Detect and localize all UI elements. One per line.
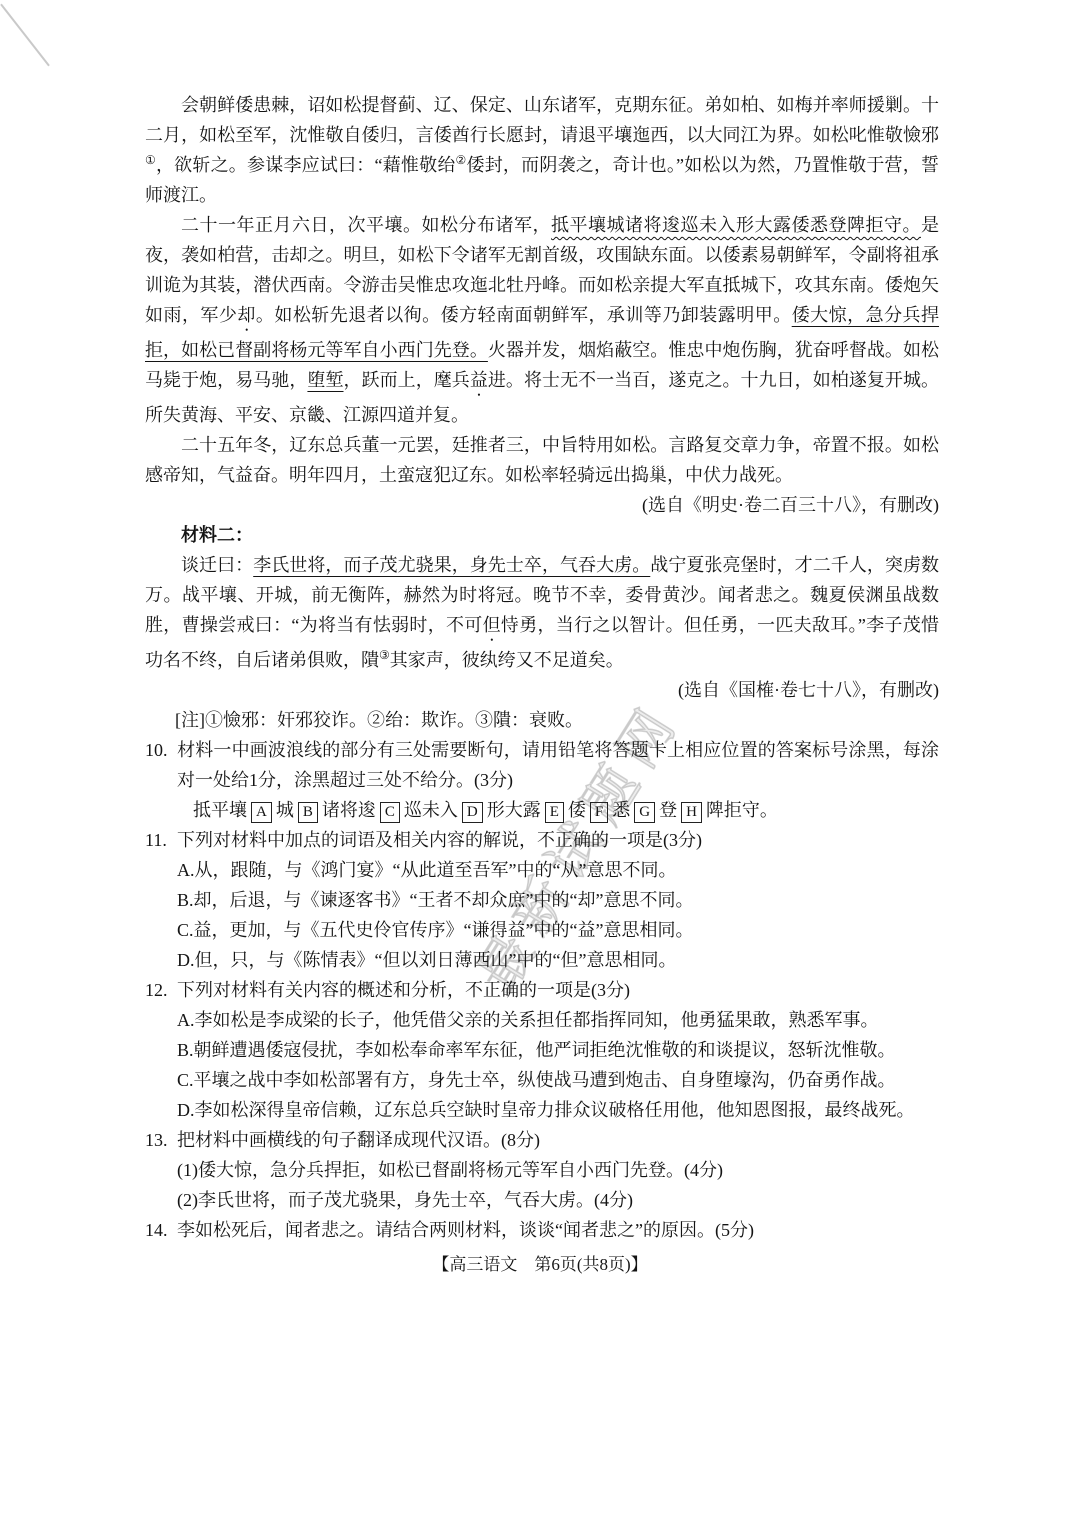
text-run: 谈迁曰： bbox=[181, 555, 253, 575]
answer-box-a: A bbox=[251, 802, 272, 823]
footnote-marker-1: ① bbox=[145, 153, 156, 167]
material2-source: (选自《国榷·卷七十八》，有删改) bbox=[145, 675, 939, 705]
text-run: 会朝鲜倭患棘，诏如松提督蓟、辽、保定、山东诸军，克期东征。弟如柏、如梅并率师援剿… bbox=[145, 95, 939, 145]
text-run: 倭 bbox=[568, 800, 586, 820]
question-12-option-a: A.李如松是李成梁的长子，他凭借父亲的关系担任都指挥同知，他勇猛果敢，熟悉军事。 bbox=[145, 1005, 939, 1035]
text-run: 其家声，彼纨绔又不足道矣。 bbox=[390, 650, 624, 670]
text-run: 二十一年正月六日，次平壤。如松分布诸军， bbox=[181, 215, 551, 235]
answer-box-d: D bbox=[462, 802, 483, 823]
material2-paragraph-1: 谈迁曰：李氏世将，而子茂尤骁果，身先士卒，气吞大虏。战宁夏张亮堡时，才二千人，突… bbox=[145, 550, 939, 675]
scan-edge-artifact bbox=[0, 4, 50, 67]
footnotes-line: [注]①憸邪：奸邪狡诈。②绐：欺诈。③隤：衰败。 bbox=[145, 705, 939, 735]
q10-segmentation-line: 抵平壤A城B诸将逡C巡未入D形大露E倭F悉G登H陴拒守。 bbox=[145, 795, 939, 825]
material1-source: (选自《明史·卷二百三十八》，有删改) bbox=[145, 490, 939, 520]
question-13-part-2: (2)李氏世将，而子茂尤骁果，身先士卒，气吞大虏。(4分) bbox=[145, 1185, 939, 1215]
question-12-option-b: B.朝鲜遭遇倭寇侵扰，李如松奉命率军东征，他严词拒绝沈惟敬的和谈提议，怒斩沈惟敬… bbox=[145, 1035, 939, 1065]
question-12-number: 12. bbox=[145, 975, 177, 1005]
underlined-sentence-2: 李氏世将，而子茂尤骁果，身先士卒，气吞大虏。 bbox=[253, 555, 650, 575]
question-14: 14.李如松死后，闻者悲之。请结合两则材料，谈谈“闻者悲之”的原因。(5分) bbox=[145, 1215, 939, 1245]
text-run: 形大露 bbox=[487, 800, 541, 820]
answer-box-c: C bbox=[380, 802, 400, 823]
question-13: 13.把材料中画横线的句子翻译成现代汉语。(8分) bbox=[145, 1125, 939, 1155]
question-12: 12.下列对材料有关内容的概述和分析，不正确的一项是(3分) bbox=[145, 975, 939, 1005]
text-run: 抵平壤 bbox=[193, 800, 247, 820]
question-11-option-b: B.却，后退，与《谏逐客书》“王者不却众庶”中的“却”意思不同。 bbox=[145, 885, 939, 915]
footnote-marker-3: ③ bbox=[379, 648, 390, 662]
page-content: 会朝鲜倭患棘，诏如松提督蓟、辽、保定、山东诸军，克期东征。弟如柏、如梅并率师援剿… bbox=[145, 90, 939, 1245]
question-14-number: 14. bbox=[145, 1215, 177, 1245]
question-14-stem: 李如松死后，闻者悲之。请结合两则材料，谈谈“闻者悲之”的原因。(5分) bbox=[177, 1220, 754, 1240]
emphasis-dot-que: 却 bbox=[237, 305, 255, 325]
question-13-stem: 把材料中画横线的句子翻译成现代汉语。(8分) bbox=[177, 1130, 540, 1150]
text-run: 诸将逡 bbox=[322, 800, 376, 820]
footnote-marker-2: ② bbox=[456, 153, 467, 167]
question-11-stem: 下列对材料中加点的词语及相关内容的解说，不正确的一项是(3分) bbox=[177, 830, 702, 850]
question-12-stem: 下列对材料有关内容的概述和分析，不正确的一项是(3分) bbox=[177, 980, 630, 1000]
material1-paragraph-1: 会朝鲜倭患棘，诏如松提督蓟、辽、保定、山东诸军，克期东征。弟如柏、如梅并率师援剿… bbox=[145, 90, 939, 210]
text-run: 陴拒守。 bbox=[706, 800, 778, 820]
question-13-part-1: (1)倭大惊，急分兵捍拒，如松已督副将杨元等军自小西门先登。(4分) bbox=[145, 1155, 939, 1185]
question-10-stem: 材料一中画波浪线的部分有三处需要断句，请用铅笔将答题卡上相应位置的答案标号涂黑，… bbox=[177, 740, 939, 790]
question-12-option-d: D.李如松深得皇帝信赖，辽东总兵空缺时皇帝力排众议破格任用他，他知恩图报，最终战… bbox=[145, 1095, 939, 1125]
question-11-option-a: A.从，跟随，与《鸿门宴》“从此道至吾军”中的“从”意思不同。 bbox=[145, 855, 939, 885]
exam-paper-page: 最新试题网 会朝鲜倭患棘，诏如松提督蓟、辽、保定、山东诸军，克期东征。弟如柏、如… bbox=[0, 0, 1080, 1527]
question-12-option-c: C.平壤之战中李如松部署有方，身先士卒，纵使战马遭到炮击、自身堕壕沟，仍奋勇作战… bbox=[145, 1065, 939, 1095]
material2-heading: 材料二： bbox=[145, 520, 939, 550]
material1-paragraph-3: 二十五年冬，辽东总兵董一元罢，廷推者三，中旨特用如松。言路复交章力争，帝置不报。… bbox=[145, 430, 939, 490]
text-run: 登 bbox=[659, 800, 677, 820]
answer-box-h: H bbox=[681, 802, 702, 823]
underlined-duoqian: 堕堑 bbox=[307, 370, 343, 390]
material1-paragraph-2: 二十一年正月六日，次平壤。如松分布诸军，抵平壤城诸将逡巡未入形大露倭悉登陴拒守。… bbox=[145, 210, 939, 430]
question-11-number: 11. bbox=[145, 825, 177, 855]
emphasis-dot-yi: 益 bbox=[470, 370, 488, 390]
emphasis-dot-dan: 但 bbox=[483, 615, 501, 635]
text-run: ，跃而上，麾兵 bbox=[344, 370, 470, 390]
answer-box-e: E bbox=[545, 802, 564, 823]
answer-box-g: G bbox=[634, 802, 655, 823]
text-run: 城 bbox=[276, 800, 294, 820]
text-run: 悉 bbox=[612, 800, 630, 820]
question-13-number: 13. bbox=[145, 1125, 177, 1155]
text-run: ，欲斩之。参谋李应试曰：“藉惟敬绐 bbox=[156, 155, 456, 175]
wavy-underline-passage: 抵平壤城诸将逡巡未入形大露倭悉登陴拒守。 bbox=[551, 215, 921, 235]
question-11: 11.下列对材料中加点的词语及相关内容的解说，不正确的一项是(3分) bbox=[145, 825, 939, 855]
text-run: 。如松斩先退者以徇。倭方轻南面朝鲜军，承训等乃卸装露明甲。 bbox=[256, 305, 792, 325]
answer-box-f: F bbox=[590, 802, 608, 823]
answer-box-b: B bbox=[298, 802, 318, 823]
question-10: 10.材料一中画波浪线的部分有三处需要断句，请用铅笔将答题卡上相应位置的答案标号… bbox=[145, 735, 939, 795]
text-run: 巡未入 bbox=[404, 800, 458, 820]
page-footer: 【高三语文 第6页(共8页)】 bbox=[0, 1252, 1080, 1278]
question-11-option-c: C.益，更加，与《五代史伶官传序》“谦得益”中的“益”意思相同。 bbox=[145, 915, 939, 945]
question-10-number: 10. bbox=[145, 735, 177, 765]
question-11-option-d: D.但，只，与《陈情表》“但以刘日薄西山”中的“但”意思相同。 bbox=[145, 945, 939, 975]
